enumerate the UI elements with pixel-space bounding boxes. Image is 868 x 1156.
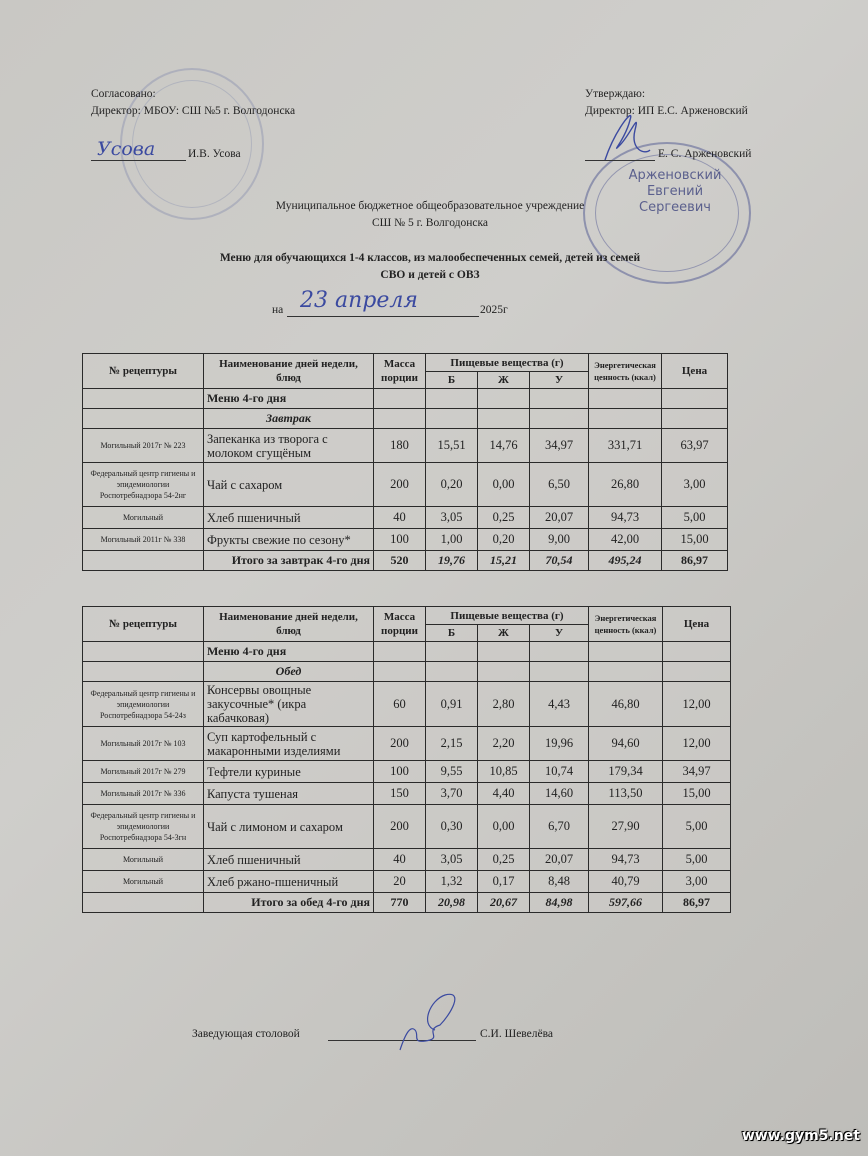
empty-cell	[374, 662, 426, 682]
col-header-fat: Ж	[478, 625, 530, 642]
dish-cell: Капуста тушеная	[204, 783, 374, 805]
mass-cell: 20	[374, 871, 426, 893]
lunch-table: № рецептуры Наименование дней недели, бл…	[82, 606, 731, 913]
recipe-cell: Могильный 2011г № 338	[83, 529, 204, 551]
empty-cell	[530, 389, 589, 409]
energy-cell: 94,60	[589, 727, 663, 761]
recipe-cell: Федеральный центр гигиены и эпидемиологи…	[83, 805, 204, 849]
signature-name-left: И.В. Усова	[188, 146, 241, 163]
institution-line: СШ № 5 г. Волгодонска	[230, 215, 630, 232]
energy-cell: 94,73	[589, 507, 662, 529]
carbs-cell: 4,43	[530, 682, 589, 727]
table-row: Федеральный центр гигиены и эпидемиологи…	[83, 682, 731, 727]
col-header-carbs: У	[530, 372, 589, 389]
dish-cell: Хлеб пшеничный	[204, 849, 374, 871]
fat-cell: 0,20	[478, 529, 530, 551]
empty-cell	[663, 642, 731, 662]
table-row: МогильныйХлеб пшеничный403,050,2520,0794…	[83, 507, 728, 529]
stamp-line: Евгений	[620, 184, 730, 200]
empty-cell	[589, 389, 662, 409]
protein-cell: 1,00	[426, 529, 478, 551]
protein-cell: 1,32	[426, 871, 478, 893]
mass-cell: 60	[374, 682, 426, 727]
price-cell: 15,00	[662, 529, 728, 551]
mass-cell: 100	[374, 529, 426, 551]
approval-label: Согласовано:	[91, 86, 295, 103]
mass-cell: 150	[374, 783, 426, 805]
empty-cell	[374, 409, 426, 429]
dish-cell: Суп картофельный с макаронными изделиями	[204, 727, 374, 761]
day-label: Меню 4-го дня	[204, 642, 374, 662]
energy-cell: 26,80	[589, 463, 662, 507]
energy-cell: 42,00	[589, 529, 662, 551]
institution-name: Муниципальное бюджетное общеобразователь…	[230, 198, 630, 232]
price-cell: 15,00	[663, 783, 731, 805]
col-header-protein: Б	[426, 625, 478, 642]
mass-cell: 180	[374, 429, 426, 463]
dish-cell: Консервы овощные закусочные* (икра кабач…	[204, 682, 374, 727]
protein-cell: 3,05	[426, 849, 478, 871]
col-header-mass: Масса порции	[374, 607, 426, 642]
fat-cell: 0,00	[478, 463, 530, 507]
date-handwritten: 23 апреля	[300, 288, 418, 313]
day-row: Меню 4-го дня	[83, 642, 731, 662]
empty-cell	[83, 642, 204, 662]
signature-line	[585, 160, 655, 161]
col-header-mass: Масса порции	[374, 354, 426, 389]
signature-name-right: Е. С. Арженовский	[658, 146, 751, 163]
col-header-carbs: У	[530, 625, 589, 642]
protein-cell: 0,20	[426, 463, 478, 507]
dish-cell: Тефтели куриные	[204, 761, 374, 783]
dish-cell: Хлеб ржано-пшеничный	[204, 871, 374, 893]
date-year: 2025г	[480, 302, 508, 319]
stamp-line: Сергеевич	[620, 200, 730, 216]
empty-cell	[83, 409, 204, 429]
protein-cell: 3,70	[426, 783, 478, 805]
recipe-cell: Могильный 2017г № 336	[83, 783, 204, 805]
day-label: Меню 4-го дня	[204, 389, 374, 409]
energy-cell: 113,50	[589, 783, 663, 805]
table-row: Федеральный центр гигиены и эпидемиологи…	[83, 805, 731, 849]
col-header-nutrients: Пищевые вещества (г)	[426, 354, 589, 372]
col-header-recipe: № рецептуры	[83, 354, 204, 389]
fat-cell: 0,25	[478, 507, 530, 529]
total-fat: 20,67	[478, 893, 530, 913]
price-cell: 5,00	[663, 849, 731, 871]
total-carbs: 84,98	[530, 893, 589, 913]
empty-cell	[83, 893, 204, 913]
empty-cell	[426, 642, 478, 662]
energy-cell: 46,80	[589, 682, 663, 727]
col-header-price: Цена	[663, 607, 731, 642]
table-row: Могильный 2011г № 338Фрукты свежие по се…	[83, 529, 728, 551]
total-energy: 597,66	[589, 893, 663, 913]
price-cell: 63,97	[662, 429, 728, 463]
total-row: Итого за завтрак 4-го дня52019,7615,2170…	[83, 551, 728, 571]
footer-label: Заведующая столовой	[192, 1026, 300, 1043]
recipe-cell: Федеральный центр гигиены и эпидемиологи…	[83, 463, 204, 507]
fat-cell: 14,76	[478, 429, 530, 463]
empty-cell	[83, 551, 204, 571]
price-cell: 3,00	[662, 463, 728, 507]
table-row: Могильный 2017г № 279Тефтели куриные1009…	[83, 761, 731, 783]
table-row: МогильныйХлеб пшеничный403,050,2520,0794…	[83, 849, 731, 871]
col-header-fat: Ж	[478, 372, 530, 389]
carbs-cell: 8,48	[530, 871, 589, 893]
energy-cell: 179,34	[589, 761, 663, 783]
table-row: Могильный 2017г № 336Капуста тушеная1503…	[83, 783, 731, 805]
col-header-dish: Наименование дней недели, блюд	[204, 354, 374, 389]
energy-cell: 27,90	[589, 805, 663, 849]
carbs-cell: 20,07	[530, 507, 589, 529]
energy-cell: 40,79	[589, 871, 663, 893]
day-row: Меню 4-го дня	[83, 389, 728, 409]
total-fat: 15,21	[478, 551, 530, 571]
meal-row: Завтрак	[83, 409, 728, 429]
protein-cell: 15,51	[426, 429, 478, 463]
energy-cell: 94,73	[589, 849, 663, 871]
total-label: Итого за завтрак 4-го дня	[204, 551, 374, 571]
mass-cell: 200	[374, 727, 426, 761]
empty-cell	[83, 389, 204, 409]
empty-cell	[426, 662, 478, 682]
empty-cell	[478, 389, 530, 409]
col-header-energy: Энергетическая ценность (ккал)	[589, 607, 663, 642]
col-header-nutrients: Пищевые вещества (г)	[426, 607, 589, 625]
carbs-cell: 14,60	[530, 783, 589, 805]
title-line: Меню для обучающихся 1-4 классов, из мал…	[180, 250, 680, 267]
protein-cell: 0,91	[426, 682, 478, 727]
recipe-cell: Могильный 2017г № 223	[83, 429, 204, 463]
date-line	[287, 316, 479, 317]
empty-cell	[374, 642, 426, 662]
empty-cell	[662, 409, 728, 429]
table-row: МогильныйХлеб ржано-пшеничный201,320,178…	[83, 871, 731, 893]
total-price: 86,97	[663, 893, 731, 913]
recipe-cell: Федеральный центр гигиены и эпидемиологи…	[83, 682, 204, 727]
stamp-line: Арженовский	[620, 168, 730, 184]
empty-cell	[589, 409, 662, 429]
recipe-cell: Могильный 2017г № 103	[83, 727, 204, 761]
empty-cell	[478, 409, 530, 429]
mass-cell: 100	[374, 761, 426, 783]
protein-cell: 0,30	[426, 805, 478, 849]
recipe-cell: Могильный 2017г № 279	[83, 761, 204, 783]
col-header-price: Цена	[662, 354, 728, 389]
approval-position: Директор: МБОУ: СШ №5 г. Волгодонска	[91, 103, 295, 120]
empty-cell	[374, 389, 426, 409]
fat-cell: 0,00	[478, 805, 530, 849]
fat-cell: 2,80	[478, 682, 530, 727]
fat-cell: 4,40	[478, 783, 530, 805]
page-title: Меню для обучающихся 1-4 классов, из мал…	[180, 250, 680, 284]
institution-line: Муниципальное бюджетное общеобразователь…	[230, 198, 630, 215]
stamp-text: Арженовский Евгений Сергеевич	[620, 168, 730, 216]
empty-cell	[530, 642, 589, 662]
protein-cell: 2,15	[426, 727, 478, 761]
total-mass: 770	[374, 893, 426, 913]
table-row: Могильный 2017г № 223Запеканка из творог…	[83, 429, 728, 463]
carbs-cell: 10,74	[530, 761, 589, 783]
price-cell: 34,97	[663, 761, 731, 783]
carbs-cell: 6,50	[530, 463, 589, 507]
protein-cell: 9,55	[426, 761, 478, 783]
footer-name: С.И. Шевелёва	[480, 1026, 553, 1043]
fat-cell: 2,20	[478, 727, 530, 761]
title-line: СВО и детей с ОВЗ	[180, 267, 680, 284]
dish-cell: Чай с сахаром	[204, 463, 374, 507]
total-price: 86,97	[662, 551, 728, 571]
carbs-cell: 9,00	[530, 529, 589, 551]
price-cell: 12,00	[663, 682, 731, 727]
empty-cell	[662, 389, 728, 409]
empty-cell	[426, 409, 478, 429]
protein-cell: 3,05	[426, 507, 478, 529]
meal-row: Обед	[83, 662, 731, 682]
carbs-cell: 6,70	[530, 805, 589, 849]
empty-cell	[83, 662, 204, 682]
date-prefix: на	[272, 302, 283, 319]
price-cell: 12,00	[663, 727, 731, 761]
col-header-dish: Наименование дней недели, блюд	[204, 607, 374, 642]
recipe-cell: Могильный	[83, 871, 204, 893]
dish-cell: Хлеб пшеничный	[204, 507, 374, 529]
dish-cell: Запеканка из творога с молоком сгущёным	[204, 429, 374, 463]
total-row: Итого за обед 4-го дня77020,9820,6784,98…	[83, 893, 731, 913]
footer-handwritten-signature	[385, 985, 465, 1055]
price-cell: 5,00	[663, 805, 731, 849]
recipe-cell: Могильный	[83, 849, 204, 871]
empty-cell	[478, 642, 530, 662]
mass-cell: 200	[374, 805, 426, 849]
energy-cell: 331,71	[589, 429, 662, 463]
total-label: Итого за обед 4-го дня	[204, 893, 374, 913]
approval-block-left: Согласовано: Директор: МБОУ: СШ №5 г. Во…	[91, 86, 295, 120]
dish-cell: Чай с лимоном и сахаром	[204, 805, 374, 849]
handwritten-signature-left: Усова	[97, 138, 155, 160]
recipe-cell: Могильный	[83, 507, 204, 529]
carbs-cell: 20,07	[530, 849, 589, 871]
dish-cell: Фрукты свежие по сезону*	[204, 529, 374, 551]
carbs-cell: 19,96	[530, 727, 589, 761]
table-row: Могильный 2017г № 103Суп картофельный с …	[83, 727, 731, 761]
col-header-energy: Энергетическая ценность (ккал)	[589, 354, 662, 389]
total-protein: 20,98	[426, 893, 478, 913]
empty-cell	[426, 389, 478, 409]
watermark: www.gym5.net	[742, 1128, 860, 1144]
price-cell: 3,00	[663, 871, 731, 893]
carbs-cell: 34,97	[530, 429, 589, 463]
meal-label: Завтрак	[204, 409, 374, 429]
meal-label: Обед	[204, 662, 374, 682]
price-cell: 5,00	[662, 507, 728, 529]
col-header-recipe: № рецептуры	[83, 607, 204, 642]
col-header-protein: Б	[426, 372, 478, 389]
fat-cell: 10,85	[478, 761, 530, 783]
fat-cell: 0,17	[478, 871, 530, 893]
total-mass: 520	[374, 551, 426, 571]
total-protein: 19,76	[426, 551, 478, 571]
mass-cell: 40	[374, 507, 426, 529]
empty-cell	[530, 662, 589, 682]
fat-cell: 0,25	[478, 849, 530, 871]
breakfast-table: № рецептуры Наименование дней недели, бл…	[82, 353, 728, 571]
signature-line	[91, 160, 186, 161]
total-energy: 495,24	[589, 551, 662, 571]
empty-cell	[589, 642, 663, 662]
empty-cell	[589, 662, 663, 682]
total-carbs: 70,54	[530, 551, 589, 571]
empty-cell	[663, 662, 731, 682]
empty-cell	[478, 662, 530, 682]
table-row: Федеральный центр гигиены и эпидемиологи…	[83, 463, 728, 507]
mass-cell: 200	[374, 463, 426, 507]
empty-cell	[530, 409, 589, 429]
mass-cell: 40	[374, 849, 426, 871]
